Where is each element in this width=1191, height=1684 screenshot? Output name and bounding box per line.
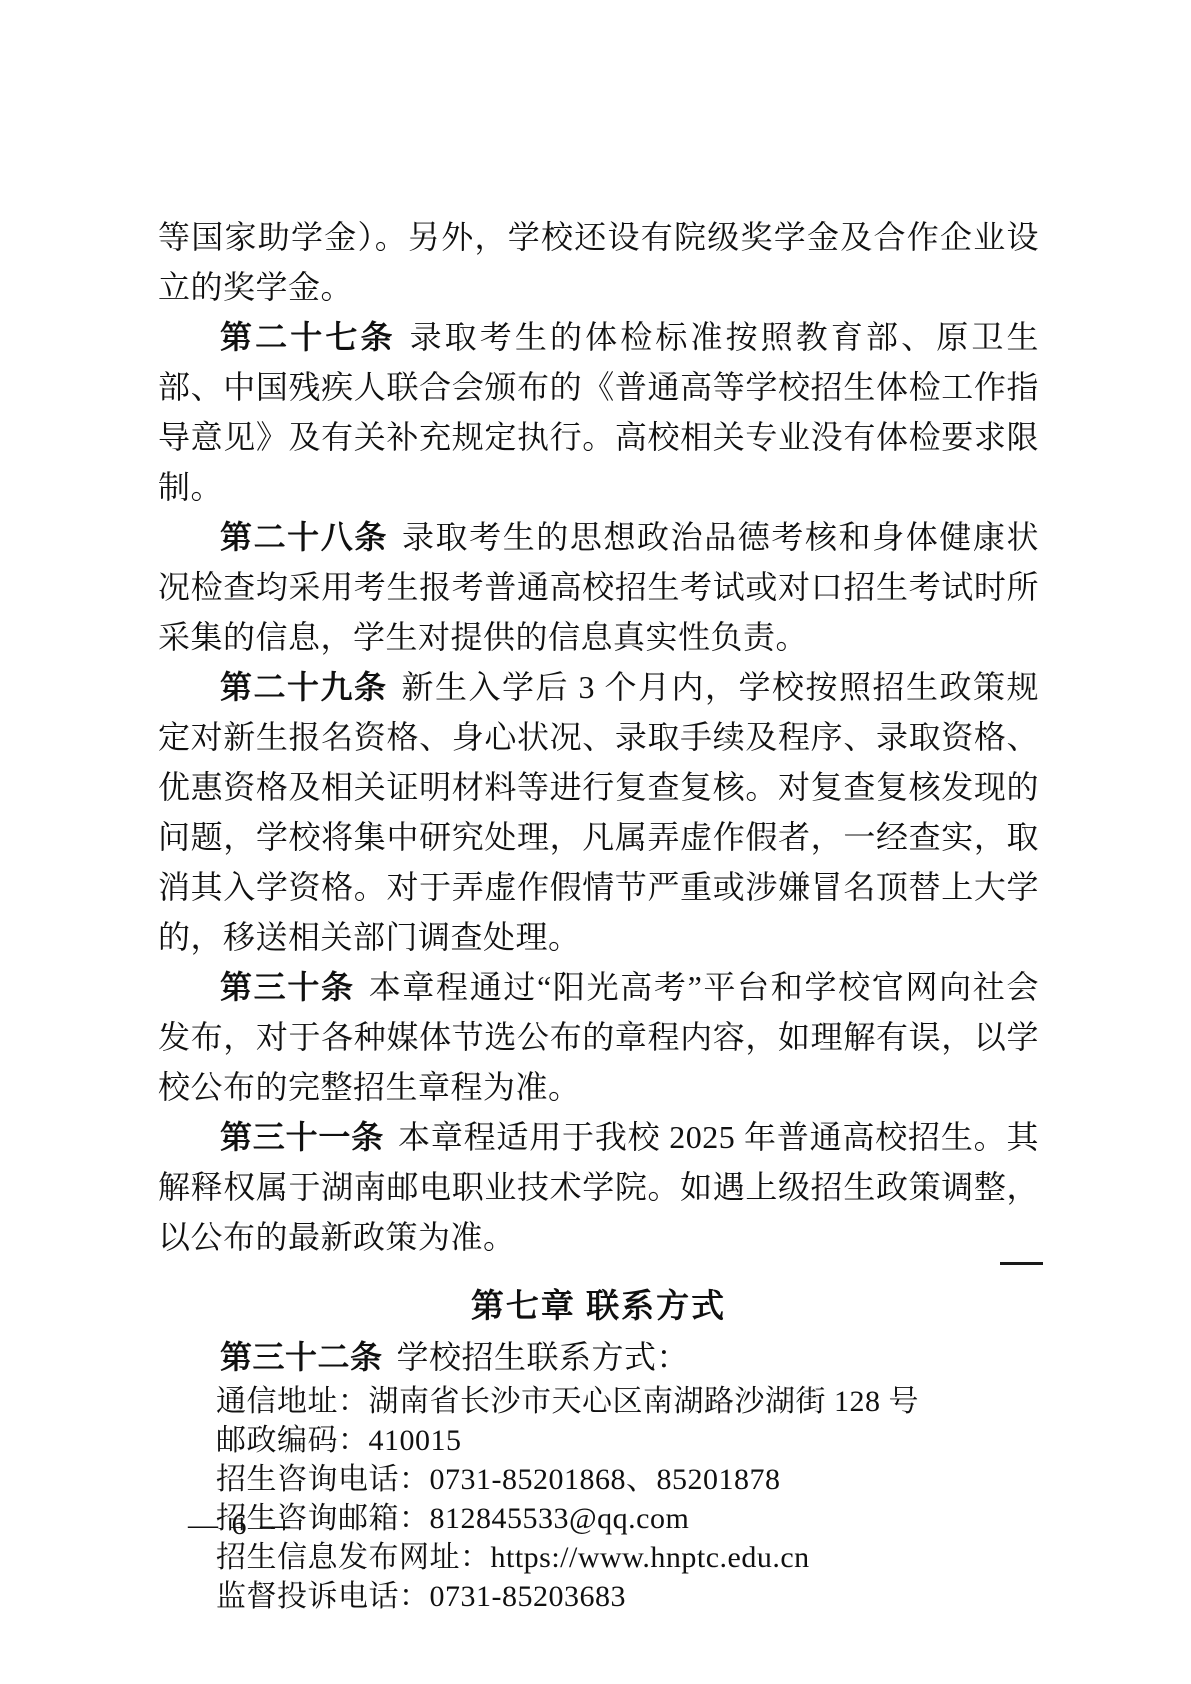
page-number: — 6 —	[188, 1505, 293, 1545]
contact-label: 招生咨询电话：	[216, 1463, 430, 1496]
document-body: 等国家助学金）。另外，学校还设有院级奖学金及合作企业设立的奖学金。 第二十七条录…	[158, 212, 1039, 1616]
contact-value: 0731-85201868、85201878	[430, 1463, 781, 1496]
paragraph-article-27: 第二十七条录取考生的体检标准按照教育部、原卫生部、中国残疾人联合会颁布的《普通高…	[158, 312, 1039, 512]
paragraph-text: 新生入学后 3 个月内，学校按照招生政策规定对新生报名资格、身心状况、录取手续及…	[158, 669, 1039, 955]
article-term: 第二十七条	[220, 319, 396, 355]
paragraph-article-31: 第三十一条本章程适用于我校 2025 年普通高校招生。其解释权属于湖南邮电职业技…	[158, 1112, 1039, 1262]
paragraph-article-29: 第二十九条新生入学后 3 个月内，学校按照招生政策规定对新生报名资格、身心状况、…	[158, 662, 1039, 962]
contact-label: 通信地址：	[216, 1385, 369, 1418]
article-term: 第三十二条	[220, 1339, 383, 1375]
article-term: 第三十一条	[220, 1119, 384, 1155]
contact-value: 0731-85203683	[430, 1580, 627, 1613]
paragraph-article-30: 第三十条本章程通过“阳光高考”平台和学校官网向社会发布，对于各种媒体节选公布的章…	[158, 962, 1039, 1112]
paragraph-article-28: 第二十八条录取考生的思想政治品德考核和身体健康状况检查均采用考生报考普通高校招生…	[158, 512, 1039, 662]
contact-value: https://www.hnptc.edu.cn	[491, 1541, 810, 1574]
document-page: 等国家助学金）。另外，学校还设有院级奖学金及合作企业设立的奖学金。 第二十七条录…	[0, 0, 1191, 1684]
contact-line-phone: 招生咨询电话：0731-85201868、85201878	[158, 1460, 1039, 1499]
contact-line-address: 通信地址：湖南省长沙市天心区南湖路沙湖街 128 号	[158, 1382, 1039, 1421]
contact-line-complaint-phone: 监督投诉电话：0731-85203683	[158, 1577, 1039, 1616]
contact-label: 监督投诉电话：	[216, 1580, 430, 1613]
paragraph-text: 等国家助学金）。另外，学校还设有院级奖学金及合作企业设立的奖学金。	[158, 219, 1039, 305]
article-term: 第二十九条	[220, 669, 388, 705]
contact-info-block: 通信地址：湖南省长沙市天心区南湖路沙湖街 128 号 邮政编码：410015 招…	[158, 1382, 1039, 1616]
article-term: 第二十八条	[220, 519, 388, 555]
contact-line-postcode: 邮政编码：410015	[158, 1421, 1039, 1460]
contact-value: 812845533@qq.com	[430, 1502, 690, 1535]
chapter-heading: 第七章 联系方式	[158, 1282, 1039, 1332]
contact-label: 邮政编码：	[216, 1424, 369, 1457]
contact-value: 410015	[369, 1424, 462, 1457]
paragraph-continuation: 等国家助学金）。另外，学校还设有院级奖学金及合作企业设立的奖学金。	[158, 212, 1039, 312]
paragraph-text: 学校招生联系方式：	[397, 1339, 690, 1375]
article-term: 第三十条	[220, 969, 355, 1005]
margin-mark-line	[1000, 1262, 1043, 1265]
contact-label: 招生信息发布网址：	[216, 1541, 491, 1574]
paragraph-article-32: 第三十二条学校招生联系方式：	[158, 1332, 1039, 1382]
contact-value: 湖南省长沙市天心区南湖路沙湖街 128 号	[369, 1385, 920, 1418]
